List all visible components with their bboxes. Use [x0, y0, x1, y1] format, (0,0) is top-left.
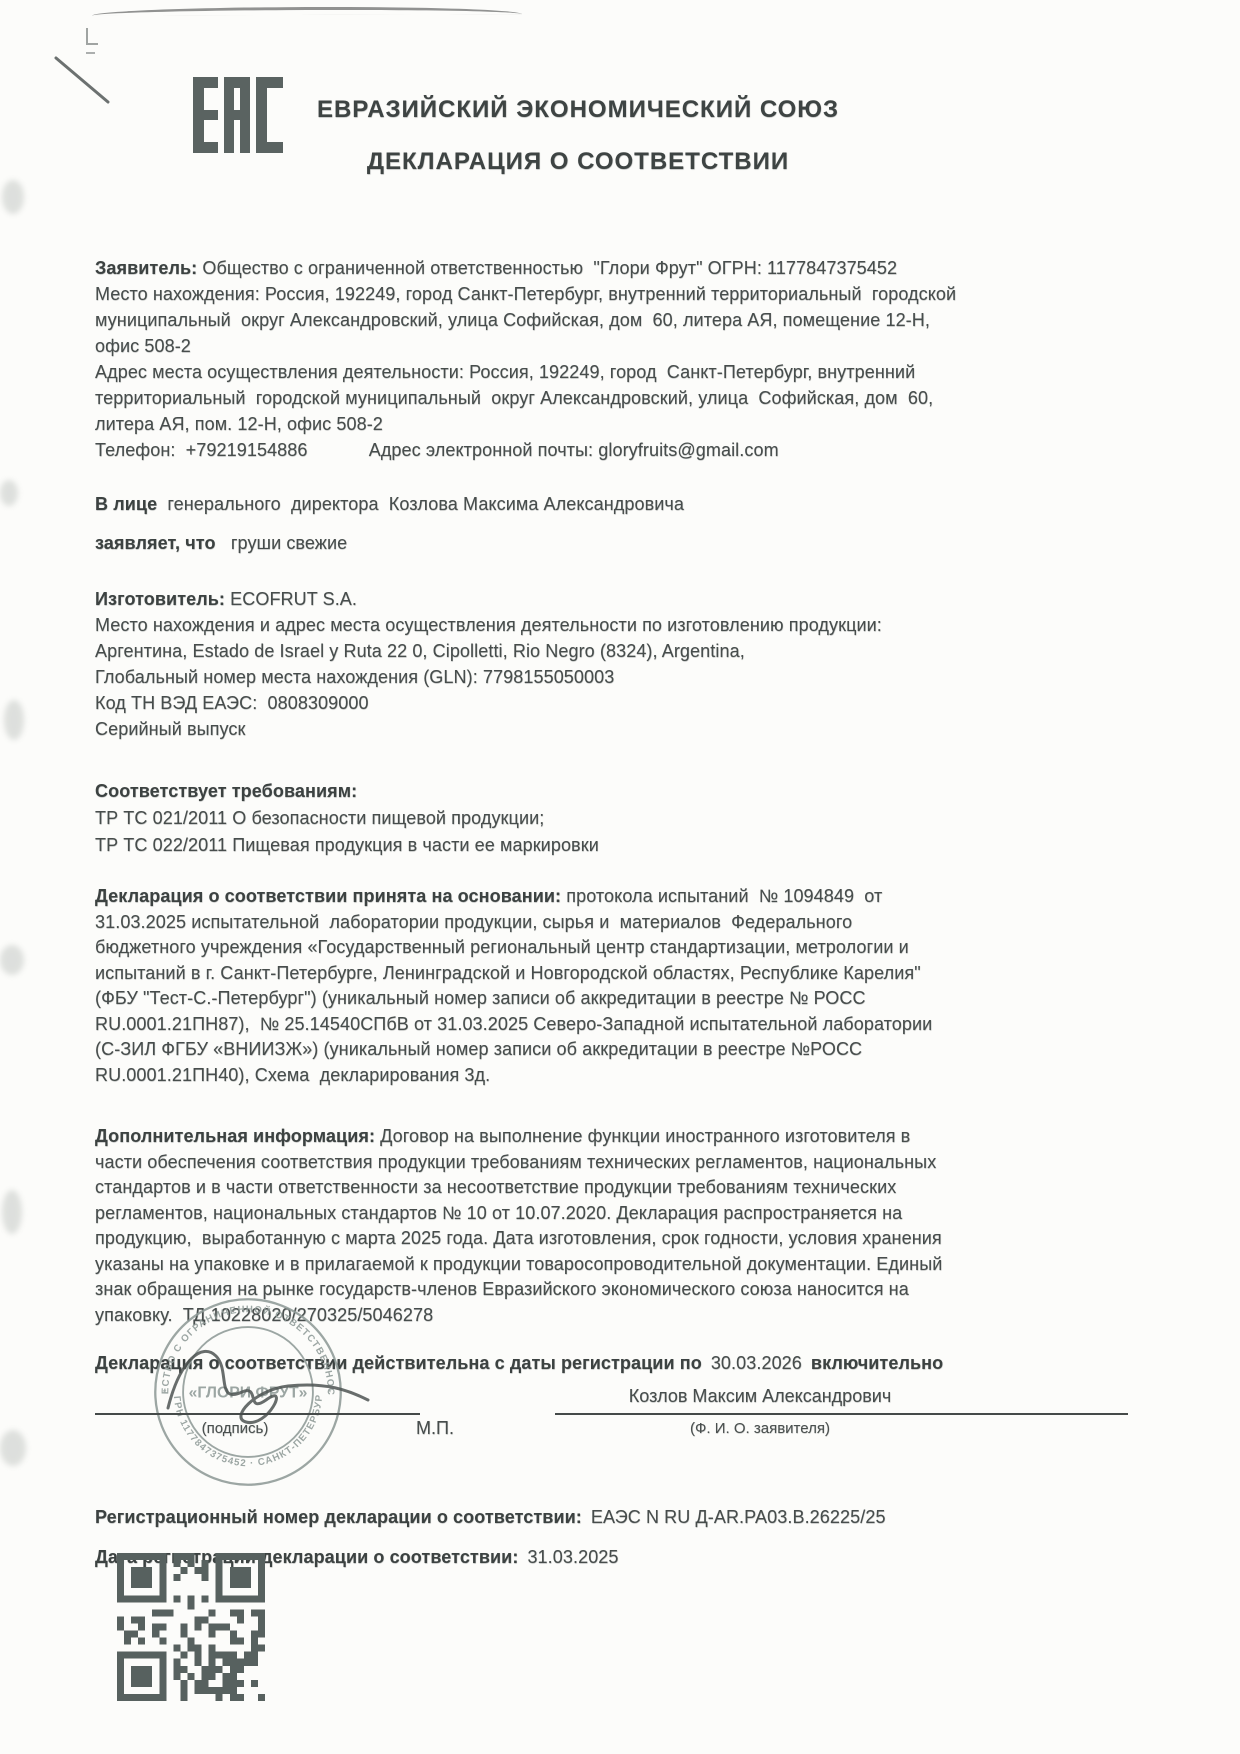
- compliance-label: Соответствует требованиям:: [95, 778, 1105, 805]
- representative-text: генерального директора Козлова Максима А…: [157, 494, 684, 514]
- name-line-rule: [555, 1413, 1128, 1415]
- scan-artifact: [92, 6, 522, 16]
- scan-artifact: [0, 945, 24, 975]
- applicant-name: Козлов Максим Александрович: [555, 1386, 965, 1407]
- name-caption: (Ф. И. О. заявителя): [555, 1420, 965, 1437]
- applicant-paragraph: Заявитель: Общество с ограниченной ответ…: [95, 255, 1105, 463]
- representative-label: В лице: [95, 494, 157, 514]
- scan-artifact: [2, 1190, 22, 1234]
- declares-line: заявляет, что груши свежие: [95, 530, 1105, 556]
- scan-artifact: [4, 700, 24, 740]
- basis-label: Декларация о соответствии принята на осн…: [95, 886, 561, 906]
- basis-paragraph: Декларация о соответствии принята на осн…: [95, 884, 1105, 1088]
- compliance-paragraph: Соответствует требованиям:ТР ТС 021/2011…: [95, 778, 1105, 859]
- compliance-text: ТР ТС 021/2011 О безопасности пищевой пр…: [95, 808, 599, 855]
- applicant-text: Общество с ограниченной ответственностью…: [95, 258, 956, 460]
- manufacturer-paragraph: Изготовитель: ECOFRUT S.A. Место нахожде…: [95, 586, 1105, 742]
- scan-artifact: [0, 1430, 26, 1466]
- qr-code: [117, 1553, 265, 1701]
- declares-label: заявляет, что: [95, 533, 216, 553]
- sign-caption: (подпись): [150, 1420, 320, 1437]
- stamp-place-caption: М.П.: [400, 1418, 470, 1439]
- signature-line: [95, 1413, 420, 1415]
- declaration-document-page: ЕВРАЗИЙСКИЙ ЭКОНОМИЧЕСКИЙ СОЮЗ ДЕКЛАРАЦИ…: [0, 0, 1240, 1754]
- union-title: ЕВРАЗИЙСКИЙ ЭКОНОМИЧЕСКИЙ СОЮЗ: [258, 96, 898, 124]
- manufacturer-label: Изготовитель:: [95, 589, 225, 609]
- doc-title: ДЕКЛАРАЦИЯ О СООТВЕТСТВИИ: [258, 148, 898, 176]
- validity-suffix: включительно: [811, 1353, 943, 1373]
- scan-artifact: [2, 180, 24, 214]
- representative-line: В лице генерального директора Козлова Ма…: [95, 491, 1105, 517]
- applicant-label: Заявитель:: [95, 258, 197, 278]
- scan-artifact: [86, 52, 95, 54]
- scan-artifact: [86, 28, 98, 45]
- basis-text: протокола испытаний № 1094849 от 31.03.2…: [95, 886, 932, 1085]
- registration-date-value: 31.03.2025: [527, 1547, 618, 1567]
- manufacturer-text: ECOFRUT S.A. Место нахождения и адрес ме…: [95, 589, 882, 739]
- registration-number-value: ЕАЭС N RU Д-AR.РА03.В.26225/25: [591, 1507, 886, 1527]
- pen-mark-artifact: [52, 52, 114, 108]
- declared-product: груши свежие: [216, 533, 348, 553]
- registration-number-label: Регистрационный номер декларации о соотв…: [95, 1507, 582, 1527]
- registration-number-line: Регистрационный номер декларации о соотв…: [95, 1504, 1105, 1530]
- additional-info-label: Дополнительная информация:: [95, 1126, 375, 1146]
- scan-artifact: [0, 480, 18, 506]
- validity-date: 30.03.2026: [711, 1353, 802, 1373]
